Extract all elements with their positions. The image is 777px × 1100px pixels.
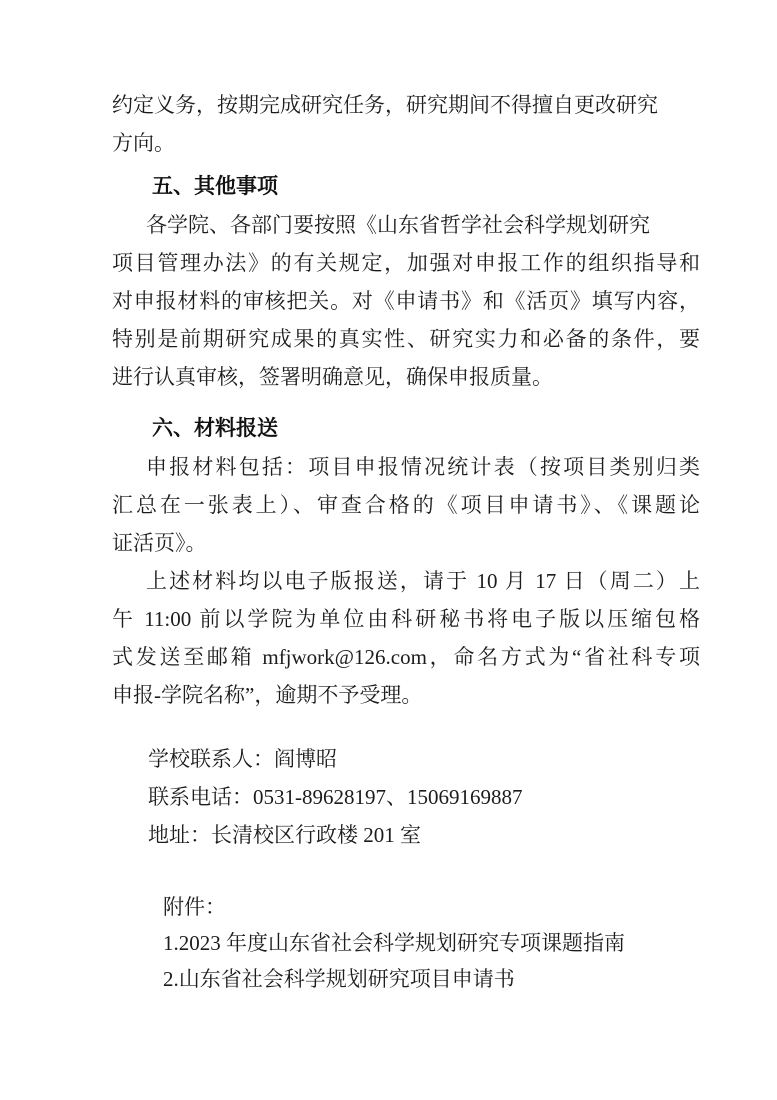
paragraph-line: 特别是前期研究成果的真实性、研究实力和必备的条件，要 — [112, 320, 700, 358]
paragraph-line: 各学院、各部门要按照《山东省哲学社会科学规划研究 — [112, 206, 700, 244]
attachments-block: 附件： 1.2023 年度山东省社会科学规划研究专项课题指南2.山东省社会科学规… — [112, 889, 700, 997]
section-five-paragraph: 各学院、各部门要按照《山东省哲学社会科学规划研究项目管理办法》的有关规定，加强对… — [112, 206, 700, 396]
paragraph-line: 申报材料包括：项目申报情况统计表（按项目类别归类 — [112, 448, 700, 486]
document-content: 约定义务，按期完成研究任务，研究期间不得擅自更改研究方向。 五、其他事项 各学院… — [112, 0, 700, 997]
attachment-item: 2.山东省社会科学规划研究项目申请书 — [112, 961, 700, 997]
contact-line: 学校联系人：阎博昭 — [112, 740, 700, 778]
attachment-item: 1.2023 年度山东省社会科学规划研究专项课题指南 — [112, 925, 700, 961]
contact-block: 学校联系人：阎博昭联系电话：0531-89628197、15069169887地… — [112, 740, 700, 854]
blank-line-gap — [112, 714, 700, 740]
paragraph-line: 式发送至邮箱 mfjwork@126.com，命名方式为“省社科专项 — [112, 638, 700, 676]
section-six-heading: 六、材料报送 — [112, 410, 700, 448]
paragraph-line: 申报-学院名称”，逾期不予受理。 — [112, 676, 700, 714]
contact-line: 地址：长清校区行政楼 201 室 — [112, 816, 700, 854]
paragraph-line: 汇总在一张表上）、审查合格的《项目申请书》、《课题论 — [112, 486, 700, 524]
paragraph-line: 证活页》。 — [112, 524, 700, 562]
document-page: 约定义务，按期完成研究任务，研究期间不得擅自更改研究方向。 五、其他事项 各学院… — [0, 0, 777, 1100]
paragraph-line: 进行认真审核，签署明确意见，确保申报质量。 — [112, 358, 700, 396]
paragraph-line: 上述材料均以电子版报送，请于 10 月 17 日（周二）上 — [112, 562, 700, 600]
paragraph-line: 项目管理办法》的有关规定，加强对申报工作的组织指导和 — [112, 244, 700, 282]
paragraph-line: 午 11:00 前以学院为单位由科研秘书将电子版以压缩包格 — [112, 600, 700, 638]
attachment-list: 1.2023 年度山东省社会科学规划研究专项课题指南2.山东省社会科学规划研究项… — [112, 925, 700, 997]
contact-line: 联系电话：0531-89628197、15069169887 — [112, 778, 700, 816]
paragraph-line: 约定义务，按期完成研究任务，研究期间不得擅自更改研究 — [112, 86, 700, 124]
attachments-label: 附件： — [112, 889, 700, 925]
section-six-paragraph-submission: 上述材料均以电子版报送，请于 10 月 17 日（周二）上午 11:00 前以学… — [112, 562, 700, 714]
section-six-paragraph-materials: 申报材料包括：项目申报情况统计表（按项目类别归类汇总在一张表上）、审查合格的《项… — [112, 448, 700, 562]
section-five-heading: 五、其他事项 — [112, 168, 700, 206]
paragraph-line: 方向。 — [112, 124, 700, 162]
blank-line-gap — [112, 854, 700, 889]
continued-paragraph: 约定义务，按期完成研究任务，研究期间不得擅自更改研究方向。 — [112, 86, 700, 162]
paragraph-line: 对申报材料的审核把关。对《申请书》和《活页》填写内容， — [112, 282, 700, 320]
